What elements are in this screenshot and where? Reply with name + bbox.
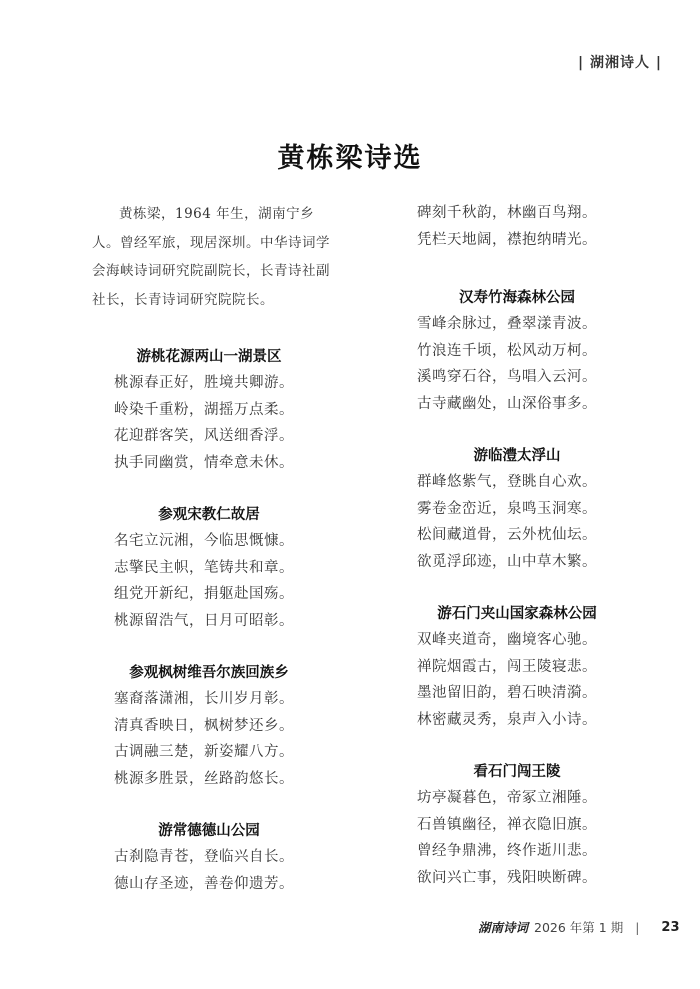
article-title: 黄栋梁诗选 (0, 136, 700, 175)
poem-title: 游桃花源两山一湖景区 (92, 344, 304, 370)
poem-line: 花迎群客笑，风送细香浮。 (92, 423, 337, 450)
poem-line: 墨池留旧韵，碧石映清漪。 (417, 680, 637, 707)
poem-line: 坊亭凝暮色，帝冢立湘陲。 (417, 785, 637, 812)
poem-line: 竹浪连千顷，松风动万柯。 (417, 338, 637, 365)
poem-line: 清真香映日，枫树梦还乡。 (92, 713, 337, 740)
poem-line: 雾卷金峦近，泉鸣玉洞寒。 (417, 496, 637, 523)
issue-label: 2026 年第 1 期 (534, 918, 623, 936)
left-column: 黄栋梁，1964 年生，湖南宁乡人。曾经军旅，现居深圳。中华诗词学会海峡诗词研究… (92, 200, 337, 923)
poem-line: 塞裔落潇湘，长川岁月彰。 (92, 686, 337, 713)
section-tag: | 湖湘诗人 | (578, 52, 662, 72)
poem: 汉寿竹海森林公园 雪峰余脉过，叠翠漾青波。 竹浪连千顷，松风动万柯。 溪鸣穿石谷… (417, 285, 637, 417)
footer-separator: | (635, 920, 639, 935)
poem-line: 群峰悠紫气，登眺自心欢。 (417, 469, 637, 496)
poem-line: 凭栏天地阔，襟抱纳晴光。 (417, 227, 637, 254)
poem: 游常德德山公园 古刹隐青苍，登临兴自长。 德山存圣迹，善卷仰遗芳。 (92, 818, 337, 897)
page-footer: 湖南诗词 2026 年第 1 期 | 23 (478, 918, 680, 936)
poem-line: 古寺藏幽处，山深俗事多。 (417, 391, 637, 418)
poem-line: 石兽镇幽径，禅衣隐旧旗。 (417, 812, 637, 839)
poem-title: 游常德德山公园 (92, 818, 304, 844)
poem-line: 欲问兴亡事，残阳映断碑。 (417, 865, 637, 892)
poem: 游石门夹山国家森林公园 双峰夹道奇，幽境客心驰。 禅院烟霞古，闯王陵寝悲。 墨池… (417, 601, 637, 733)
author-bio: 黄栋梁，1964 年生，湖南宁乡人。曾经军旅，现居深圳。中华诗词学会海峡诗词研究… (92, 200, 337, 314)
poem: 游临澧太浮山 群峰悠紫气，登眺自心欢。 雾卷金峦近，泉鸣玉洞寒。 松间藏道骨，云… (417, 443, 637, 575)
poem-title: 游临澧太浮山 (417, 443, 617, 469)
poem-line: 碑刻千秋韵，林幽百鸟翔。 (417, 200, 637, 227)
poem-line: 双峰夹道奇，幽境客心驰。 (417, 627, 637, 654)
poem-line: 名宅立沅湘，今临思慨慷。 (92, 528, 337, 555)
poem-line: 欲觅浮邱迹，山中草木繁。 (417, 549, 637, 576)
magazine-name: 湖南诗词 (478, 918, 528, 936)
poem-title: 看石门闯王陵 (417, 759, 617, 785)
poem-line: 桃源多胜景，丝路韵悠长。 (92, 766, 337, 793)
poem-line: 组党开新纪，捐躯赴国殇。 (92, 581, 337, 608)
poem-title: 汉寿竹海森林公园 (417, 285, 617, 311)
poem-title: 参观枫树维吾尔族回族乡 (92, 660, 304, 686)
poem-line: 松间藏道骨，云外枕仙坛。 (417, 522, 637, 549)
poem-line: 溪鸣穿石谷，鸟唱入云河。 (417, 364, 637, 391)
poem-line: 雪峰余脉过，叠翠漾青波。 (417, 311, 637, 338)
poem-line: 曾经争鼎沸，终作逝川悲。 (417, 838, 637, 865)
poem-line: 古刹隐青苍，登临兴自长。 (92, 844, 337, 871)
poem-line: 岭染千重粉，湖摇万点柔。 (92, 397, 337, 424)
poem-line: 志擎民主帜，笔铸共和章。 (92, 555, 337, 582)
poem-line: 桃源春正好，胜境共卿游。 (92, 370, 337, 397)
right-column: 碑刻千秋韵，林幽百鸟翔。 凭栏天地阔，襟抱纳晴光。 汉寿竹海森林公园 雪峰余脉过… (417, 200, 637, 917)
poem-line: 林密藏灵秀，泉声入小诗。 (417, 707, 637, 734)
poem-title: 参观宋教仁故居 (92, 502, 304, 528)
poem-line: 古调融三楚，新姿耀八方。 (92, 739, 337, 766)
poem: 看石门闯王陵 坊亭凝暮色，帝冢立湘陲。 石兽镇幽径，禅衣隐旧旗。 曾经争鼎沸，终… (417, 759, 637, 891)
poem-line: 德山存圣迹，善卷仰遗芳。 (92, 871, 337, 898)
poem-line: 禅院烟霞古，闯王陵寝悲。 (417, 654, 637, 681)
page-number: 23 (661, 920, 679, 935)
poem-title: 游石门夹山国家森林公园 (417, 601, 617, 627)
poem-line: 执手同幽赏，情牵意未休。 (92, 450, 337, 477)
poem-continued: 碑刻千秋韵，林幽百鸟翔。 凭栏天地阔，襟抱纳晴光。 (417, 200, 637, 253)
poem: 参观宋教仁故居 名宅立沅湘，今临思慨慷。 志擎民主帜，笔铸共和章。 组党开新纪，… (92, 502, 337, 634)
poem: 游桃花源两山一湖景区 桃源春正好，胜境共卿游。 岭染千重粉，湖摇万点柔。 花迎群… (92, 344, 337, 476)
poem-line: 桃源留浩气，日月可昭彰。 (92, 608, 337, 635)
poem: 参观枫树维吾尔族回族乡 塞裔落潇湘，长川岁月彰。 清真香映日，枫树梦还乡。 古调… (92, 660, 337, 792)
